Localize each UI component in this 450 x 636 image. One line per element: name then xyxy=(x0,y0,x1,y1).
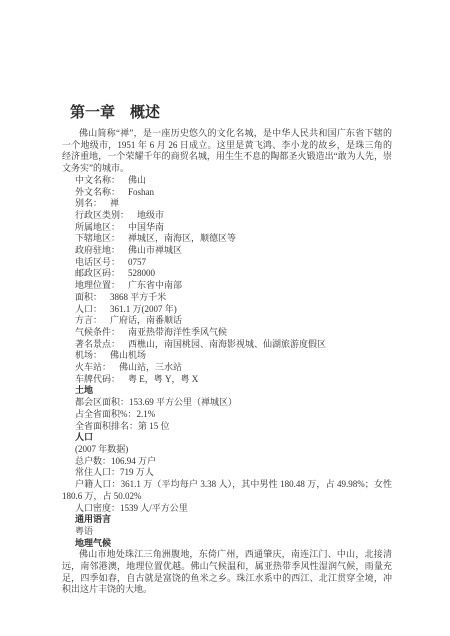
fact-line: 著名景点：西樵山，南国桃园、南海影视城、仙湖旅游度假区 xyxy=(62,339,392,351)
fact-label: 邮政区码： xyxy=(75,268,120,278)
sections: 土地都会区面积：153.69 平方公里（禅城区）占全省面积%：2.1%全省面积排… xyxy=(62,385,392,596)
fact-label: 所属地区： xyxy=(75,222,120,232)
section: 土地都会区面积：153.69 平方公里（禅城区）占全省面积%：2.1%全省面积排… xyxy=(62,385,392,432)
section-paragraph: 佛山市地处珠江三角洲腹地，东倚广州，西通肇庆，南连江门、中山，北接清远，南邻港澳… xyxy=(62,549,392,596)
fact-line: 行政区类别：地级市 xyxy=(62,210,392,222)
fact-line: 中文名称：佛山 xyxy=(62,175,392,187)
section-line: 粤语 xyxy=(62,526,392,538)
fact-label: 人口： xyxy=(75,304,102,314)
section-heading: 通用语言 xyxy=(62,514,392,526)
fact-value: 南亚热带海洋性季风气候 xyxy=(128,327,227,337)
fact-value: 禅 xyxy=(110,198,119,208)
fact-line: 火车站：佛山站，三水站 xyxy=(62,362,392,374)
section: 人口(2007 年数据)总户数：106.94 万户常住人口：719 万人户籍人口… xyxy=(62,432,392,514)
fact-value: 佛山市禅城区 xyxy=(128,245,182,255)
fact-list: 中文名称：佛山 外文名称：Foshan 别名：禅 行政区类别：地级市 所属地区：… xyxy=(62,175,392,386)
section: 地理气候佛山市地处珠江三角洲腹地，东倚广州，西通肇庆，南连江门、中山，北接清远，… xyxy=(62,538,392,597)
fact-label: 地理位置： xyxy=(75,280,120,290)
fact-line: 方言：广府话，南番顺话 xyxy=(62,315,392,327)
fact-label: 车牌代码： xyxy=(75,374,120,384)
fact-line: 所属地区：中国华南 xyxy=(62,222,392,234)
section-line: 常住人口：719 万人 xyxy=(62,467,392,479)
fact-value: 地级市 xyxy=(137,210,164,220)
fact-value: 中国华南 xyxy=(128,222,164,232)
fact-label: 面积： xyxy=(75,292,102,302)
document-page: 第一章 概述 佛山简称“禅”，是一座历史悠久的文化名城，是中华人民共和国广东省下… xyxy=(62,101,392,596)
fact-value: 粤 E，粤 Y，粤 X xyxy=(128,374,198,384)
fact-line: 外文名称：Foshan xyxy=(62,187,392,199)
fact-label: 外文名称： xyxy=(75,187,120,197)
fact-line: 邮政区码：528000 xyxy=(62,268,392,280)
fact-value: 佛山机场 xyxy=(110,350,146,360)
fact-line: 别名：禅 xyxy=(62,198,392,210)
fact-label: 下辖地区： xyxy=(75,233,120,243)
fact-value: 3868 平方千米 xyxy=(110,292,166,302)
fact-label: 方言： xyxy=(75,315,102,325)
fact-value: 0757 xyxy=(128,257,146,267)
fact-label: 行政区类别： xyxy=(75,210,129,220)
fact-label: 气候条件： xyxy=(75,327,120,337)
fact-line: 下辖地区：禅城区，南海区，顺德区等 xyxy=(62,233,392,245)
fact-label: 中文名称： xyxy=(75,175,120,185)
fact-label: 机场： xyxy=(75,350,102,360)
fact-value: 佛山站，三水站 xyxy=(119,362,182,372)
fact-value: 361.1 万(2007 年) xyxy=(110,304,177,314)
section-line: 总户数：106.94 万户 xyxy=(62,456,392,468)
fact-line: 机场：佛山机场 xyxy=(62,350,392,362)
fact-line: 政府驻地：佛山市禅城区 xyxy=(62,245,392,257)
fact-value: 禅城区，南海区，顺德区等 xyxy=(128,233,236,243)
fact-line: 面积：3868 平方千米 xyxy=(62,292,392,304)
fact-label: 火车站： xyxy=(75,362,111,372)
fact-value: Foshan xyxy=(128,187,154,197)
fact-line: 地理位置：广东省中南部 xyxy=(62,280,392,292)
fact-value: 528000 xyxy=(128,268,155,278)
section-line: (2007 年数据) xyxy=(62,444,392,456)
section-line: 人口密度：1539 人/平方公里 xyxy=(62,503,392,515)
section-line: 都会区面积：153.69 平方公里（禅城区） xyxy=(62,397,392,409)
section: 通用语言粤语 xyxy=(62,514,392,537)
intro-paragraph: 佛山简称“禅”，是一座历史悠久的文化名城，是中华人民共和国广东省下辖的一个地级市… xyxy=(62,128,392,175)
fact-value: 广府话，南番顺话 xyxy=(110,315,182,325)
fact-line: 电话区号：0757 xyxy=(62,257,392,269)
fact-value: 广东省中南部 xyxy=(128,280,182,290)
fact-label: 电话区号： xyxy=(75,257,120,267)
section-heading: 人口 xyxy=(62,432,392,444)
fact-value: 西樵山，南国桃园、南海影视城、仙湖旅游度假区 xyxy=(128,339,326,349)
section-line: 占全省面积%：2.1% xyxy=(62,409,392,421)
fact-label: 别名： xyxy=(75,198,102,208)
section-heading: 土地 xyxy=(62,385,392,397)
fact-label: 政府驻地： xyxy=(75,245,120,255)
fact-line: 人口：361.1 万(2007 年) xyxy=(62,304,392,316)
fact-line: 气候条件：南亚热带海洋性季风气候 xyxy=(62,327,392,339)
section-line: 户籍人口：361.1 万（平均每户 3.38 人），其中男性 180.48 万，… xyxy=(62,479,392,502)
fact-value: 佛山 xyxy=(128,175,146,185)
fact-label: 著名景点： xyxy=(75,339,120,349)
section-line: 全省面积排名：第 15 位 xyxy=(62,421,392,433)
section-heading: 地理气候 xyxy=(62,538,392,550)
chapter-title: 第一章 概述 xyxy=(62,101,392,122)
fact-line: 车牌代码：粤 E，粤 Y，粤 X xyxy=(62,374,392,386)
